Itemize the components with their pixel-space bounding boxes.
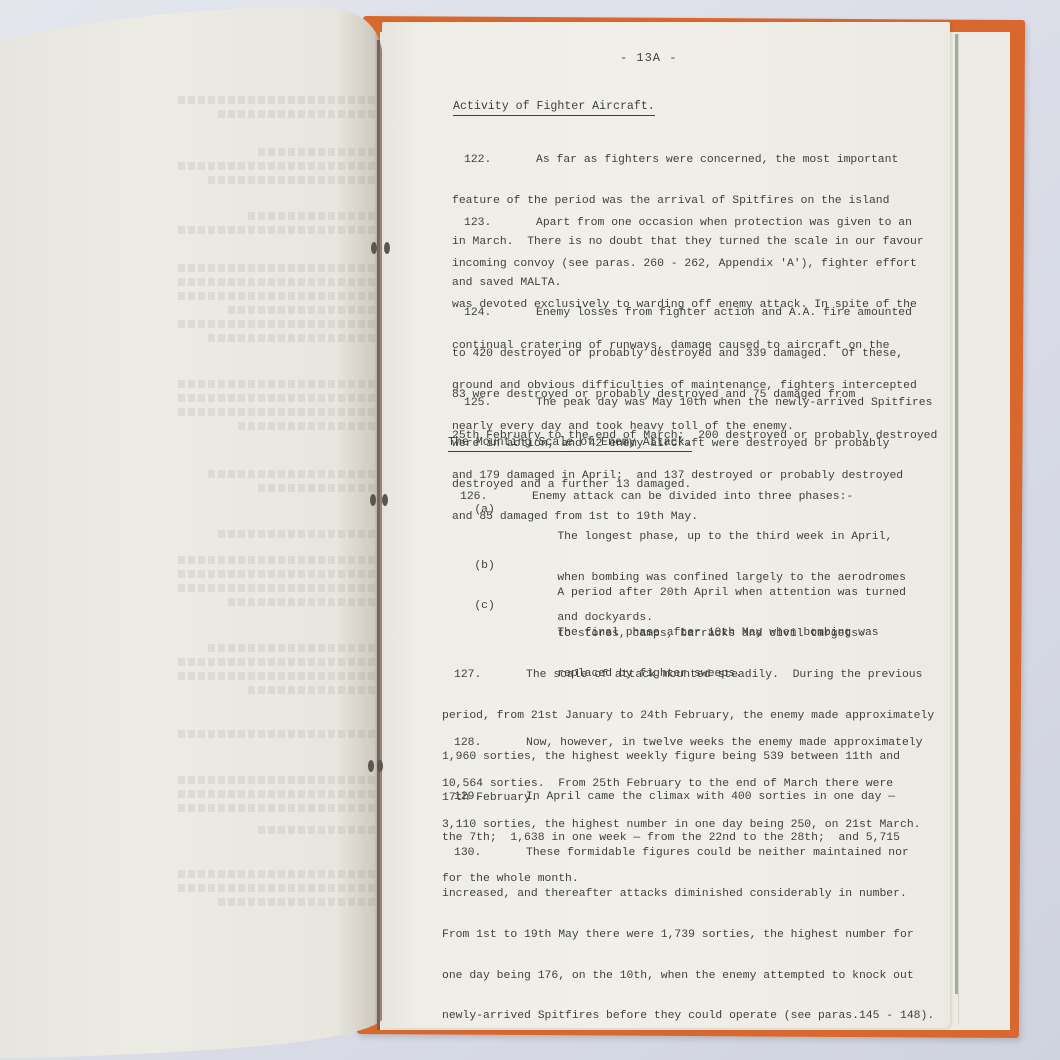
- paragraph-number: 129.: [442, 791, 526, 805]
- phase-line: The longest phase, up to the third week …: [557, 531, 906, 545]
- paragraph-line: Now, however, in twelve weeks the enemy …: [526, 737, 922, 749]
- paragraph-line: These formidable figures could be neithe…: [526, 847, 909, 859]
- paragraph-line: incoming convoy (see paras. 260 - 262, A…: [452, 258, 952, 272]
- typed-page: - 13A - Activity of Fighter Aircraft. 12…: [0, 0, 1060, 1060]
- section-heading: Activity of Fighter Aircraft.: [453, 100, 655, 116]
- paragraph-line: In April came the climax with 400 sortie…: [526, 791, 895, 803]
- phase-label: (a): [474, 504, 557, 518]
- paragraph-line: Apart from one occasion when protection …: [536, 217, 912, 229]
- paragraph-number: 130.: [442, 847, 526, 861]
- paragraph-line: one day being 176, on the 10th, when the…: [442, 970, 942, 984]
- paragraph-number: 123.: [452, 217, 536, 231]
- paragraph-line: As far as fighters were concerned, the m…: [536, 154, 898, 166]
- page-number: - 13A -: [620, 52, 677, 66]
- paragraph-number: 122.: [452, 154, 536, 168]
- paragraph-number: 125.: [452, 397, 536, 411]
- paragraph-number: 127.: [442, 669, 526, 683]
- phase-line: The final phase after 10th May when bomb…: [557, 627, 878, 641]
- section-heading: The Mounting Scale of Enemy Attack.: [448, 436, 692, 452]
- paragraph-line: Enemy losses from fighter action and A.A…: [536, 307, 912, 319]
- paragraph-number: 128.: [442, 737, 526, 751]
- paragraph-number: 124.: [452, 307, 536, 321]
- paragraph-line: newly-arrived Spitfires before they coul…: [442, 1010, 942, 1024]
- phase-label: (b): [474, 560, 557, 574]
- paragraph-line: From 1st to 19th May there were 1,739 so…: [442, 929, 942, 943]
- phase-label: (c): [474, 600, 557, 614]
- paragraph-130: 130.These formidable figures could be ne…: [442, 820, 942, 1051]
- paragraph-line: The scale of attack mounted steadily. Du…: [526, 669, 922, 681]
- paragraph-line: to 420 destroyed or probably destroyed a…: [452, 348, 952, 362]
- paragraph-line: The peak day was May 10th when the newly…: [536, 397, 932, 409]
- paragraph-line: increased, and thereafter attacks dimini…: [442, 888, 942, 902]
